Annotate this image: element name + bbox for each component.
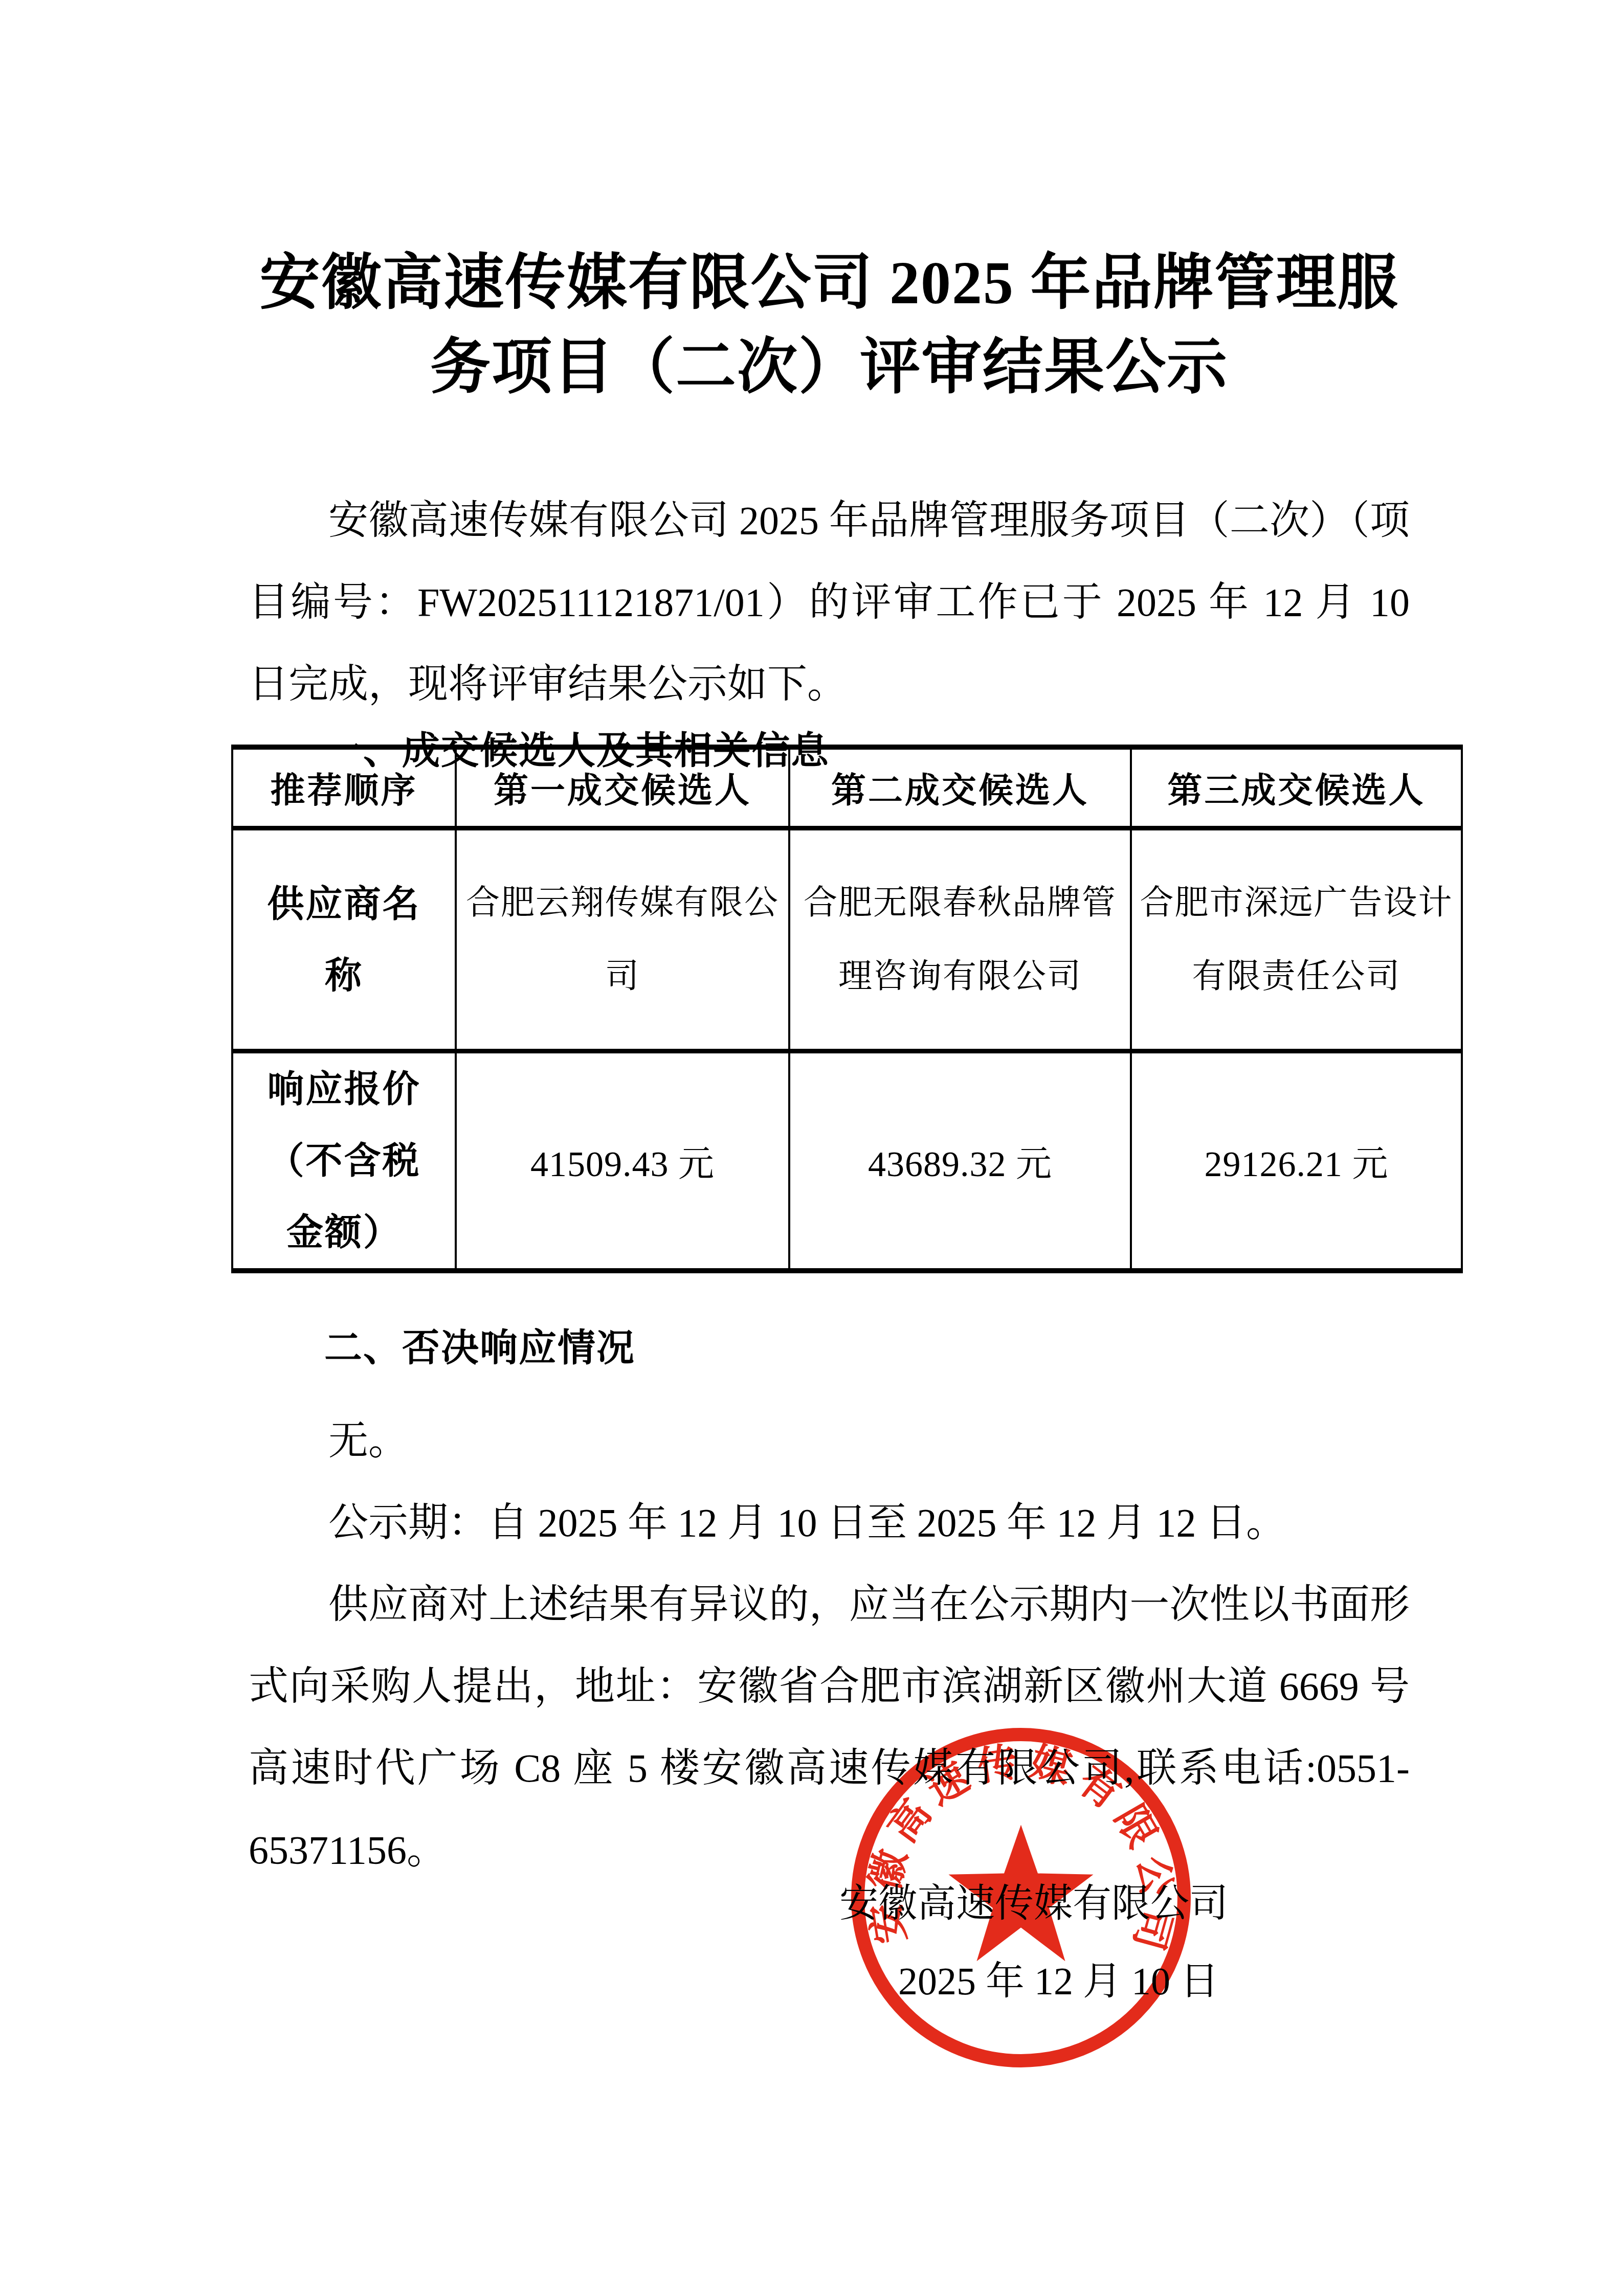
company-seal-stamp: 安徽高速传媒有限公司 bbox=[851, 1727, 1191, 2068]
page-title: 安徽高速传媒有限公司 2025 年品牌管理服 务项目（二次）评审结果公示 bbox=[249, 241, 1410, 410]
candidates-table: 推荐顺序 第一成交候选人 第二成交候选人 第三成交候选人 供应商名 称 合肥云翔… bbox=[231, 745, 1463, 1273]
header-candidate-1: 第一成交候选人 bbox=[456, 747, 789, 828]
supplier-1-name: 合肥云翔传媒有限公 司 bbox=[456, 828, 789, 1051]
supplier-3-price: 29126.21 元 bbox=[1131, 1051, 1462, 1271]
table-header-row: 推荐顺序 第一成交候选人 第二成交候选人 第三成交候选人 bbox=[232, 747, 1462, 828]
star-icon bbox=[948, 1825, 1093, 1962]
announcement-page: { "document": { "title": "安徽高速传媒有限公司 202… bbox=[0, 0, 1624, 2296]
section2-heading: 二、否决响应情况 bbox=[249, 1320, 1410, 1376]
publicity-period-text: 公示期：自 2025 年 12 月 10 日至 2025 年 12 月 12 日… bbox=[249, 1482, 1410, 1564]
price-label: 响应报价 （不含税 金额） bbox=[232, 1051, 456, 1271]
header-rank: 推荐顺序 bbox=[232, 747, 456, 828]
table-row-supplier-name: 供应商名 称 合肥云翔传媒有限公 司 合肥无限春秋品牌管 理咨询有限公司 合肥市… bbox=[232, 828, 1462, 1051]
no-rejection-text: 无。 bbox=[249, 1400, 1410, 1482]
header-candidate-3: 第三成交候选人 bbox=[1131, 747, 1462, 828]
objection-notice-text: 供应商对上述结果有异议的，应当在公示期内一次性以书面形式向采购人提出，地址：安徽… bbox=[249, 1564, 1410, 1891]
supplier-2-name: 合肥无限春秋品牌管 理咨询有限公司 bbox=[789, 828, 1131, 1051]
supplier-1-price: 41509.43 元 bbox=[456, 1051, 789, 1271]
table-row-price: 响应报价 （不含税 金额） 41509.43 元 43689.32 元 2912… bbox=[232, 1051, 1462, 1271]
supplier-2-price: 43689.32 元 bbox=[789, 1051, 1131, 1271]
supplier-name-label: 供应商名 称 bbox=[232, 828, 456, 1051]
intro-paragraph: 安徽高速传媒有限公司 2025 年品牌管理服务项目（二次）（项目编号：FW202… bbox=[249, 480, 1410, 725]
header-candidate-2: 第二成交候选人 bbox=[789, 747, 1131, 828]
supplier-3-name: 合肥市深远广告设计 有限责任公司 bbox=[1131, 828, 1462, 1051]
